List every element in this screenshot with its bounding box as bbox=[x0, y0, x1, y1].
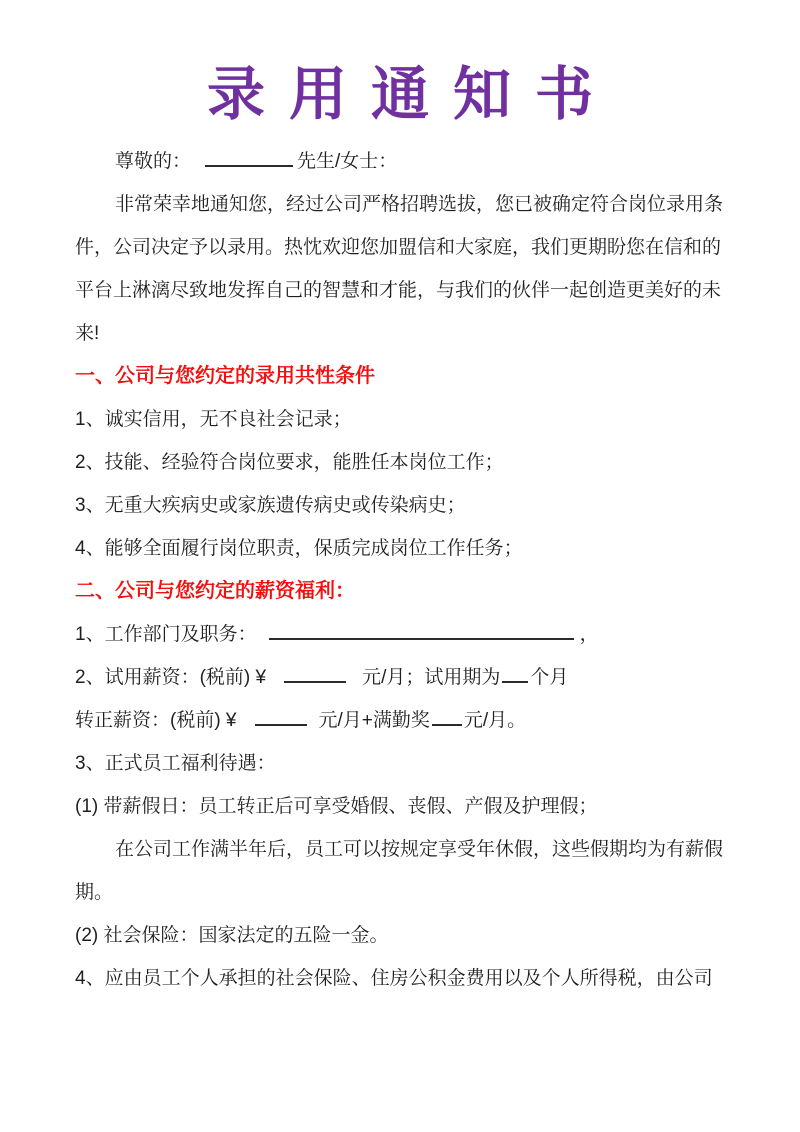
salutation-suffix: 先生/女士： bbox=[297, 151, 397, 172]
trial-salary-mid: 元/月；试用期为 bbox=[362, 667, 500, 688]
section1-item-3: 3、无重大疾病史或家族遗传病史或传染病史； bbox=[75, 484, 730, 527]
document-body: 尊敬的：先生/女士： 非常荣幸地通知您，经过公司严格招聘选拔，您已被确定符合岗位… bbox=[0, 140, 800, 1000]
section1-item-1: 1、诚实信用，无不良社会记录； bbox=[75, 398, 730, 441]
offer-letter-page: 录用通知书 尊敬的：先生/女士： 非常荣幸地通知您，经过公司严格招聘选拔，您已被… bbox=[0, 0, 800, 1132]
section2-item-2b: 转正薪资：(税前) ¥元/月+满勤奖元/月。 bbox=[75, 699, 730, 742]
trial-salary-suffix: 个月 bbox=[530, 667, 568, 688]
attendance-bonus-blank bbox=[432, 704, 462, 726]
trial-salary-label: 2、试用薪资：(税前) ¥ bbox=[75, 667, 266, 688]
document-title: 录用通知书 bbox=[0, 0, 800, 140]
section2-item-2: 2、试用薪资：(税前) ¥元/月；试用期为个月 bbox=[75, 656, 730, 699]
section2-item-3-1: (1) 带薪假日：员工转正后可享受婚假、丧假、产假及护理假； bbox=[75, 785, 730, 828]
dept-position-blank bbox=[269, 618, 574, 640]
recipient-name-blank bbox=[205, 145, 293, 167]
regular-salary-suffix: 元/月。 bbox=[464, 710, 526, 731]
section2-item-3-2: (2) 社会保险：国家法定的五险一金。 bbox=[75, 914, 730, 957]
section2-item-3-1-note: 在公司工作满半年后，员工可以按规定享受年休假，这些假期均为有薪假期。 bbox=[75, 828, 730, 914]
dept-position-label: 1、工作部门及职务： bbox=[75, 624, 257, 645]
trial-salary-blank bbox=[284, 661, 346, 683]
salutation-prefix: 尊敬的： bbox=[115, 151, 191, 172]
section2-item-4: 4、应由员工个人承担的社会保险、住房公积金费用以及个人所得税，由公司 bbox=[75, 957, 730, 1000]
intro-paragraph: 非常荣幸地通知您，经过公司严格招聘选拔，您已被确定符合岗位录用条件，公司决定予以… bbox=[75, 183, 730, 355]
salutation-line: 尊敬的：先生/女士： bbox=[75, 140, 730, 183]
dept-position-suffix: ， bbox=[580, 624, 599, 645]
regular-salary-label: 转正薪资：(税前) ¥ bbox=[75, 710, 237, 731]
section-1-heading: 一、公司与您约定的录用共性条件 bbox=[75, 355, 730, 398]
regular-salary-blank bbox=[255, 704, 307, 726]
section1-item-2: 2、技能、经验符合岗位要求，能胜任本岗位工作； bbox=[75, 441, 730, 484]
regular-salary-mid: 元/月+满勤奖 bbox=[319, 710, 430, 731]
section1-item-4: 4、能够全面履行岗位职责，保质完成岗位工作任务； bbox=[75, 527, 730, 570]
section2-item-1: 1、工作部门及职务：， bbox=[75, 613, 730, 656]
section-2-heading: 二、公司与您约定的薪资福利： bbox=[75, 570, 730, 613]
section2-item-3: 3、正式员工福利待遇： bbox=[75, 742, 730, 785]
trial-months-blank bbox=[502, 661, 528, 683]
